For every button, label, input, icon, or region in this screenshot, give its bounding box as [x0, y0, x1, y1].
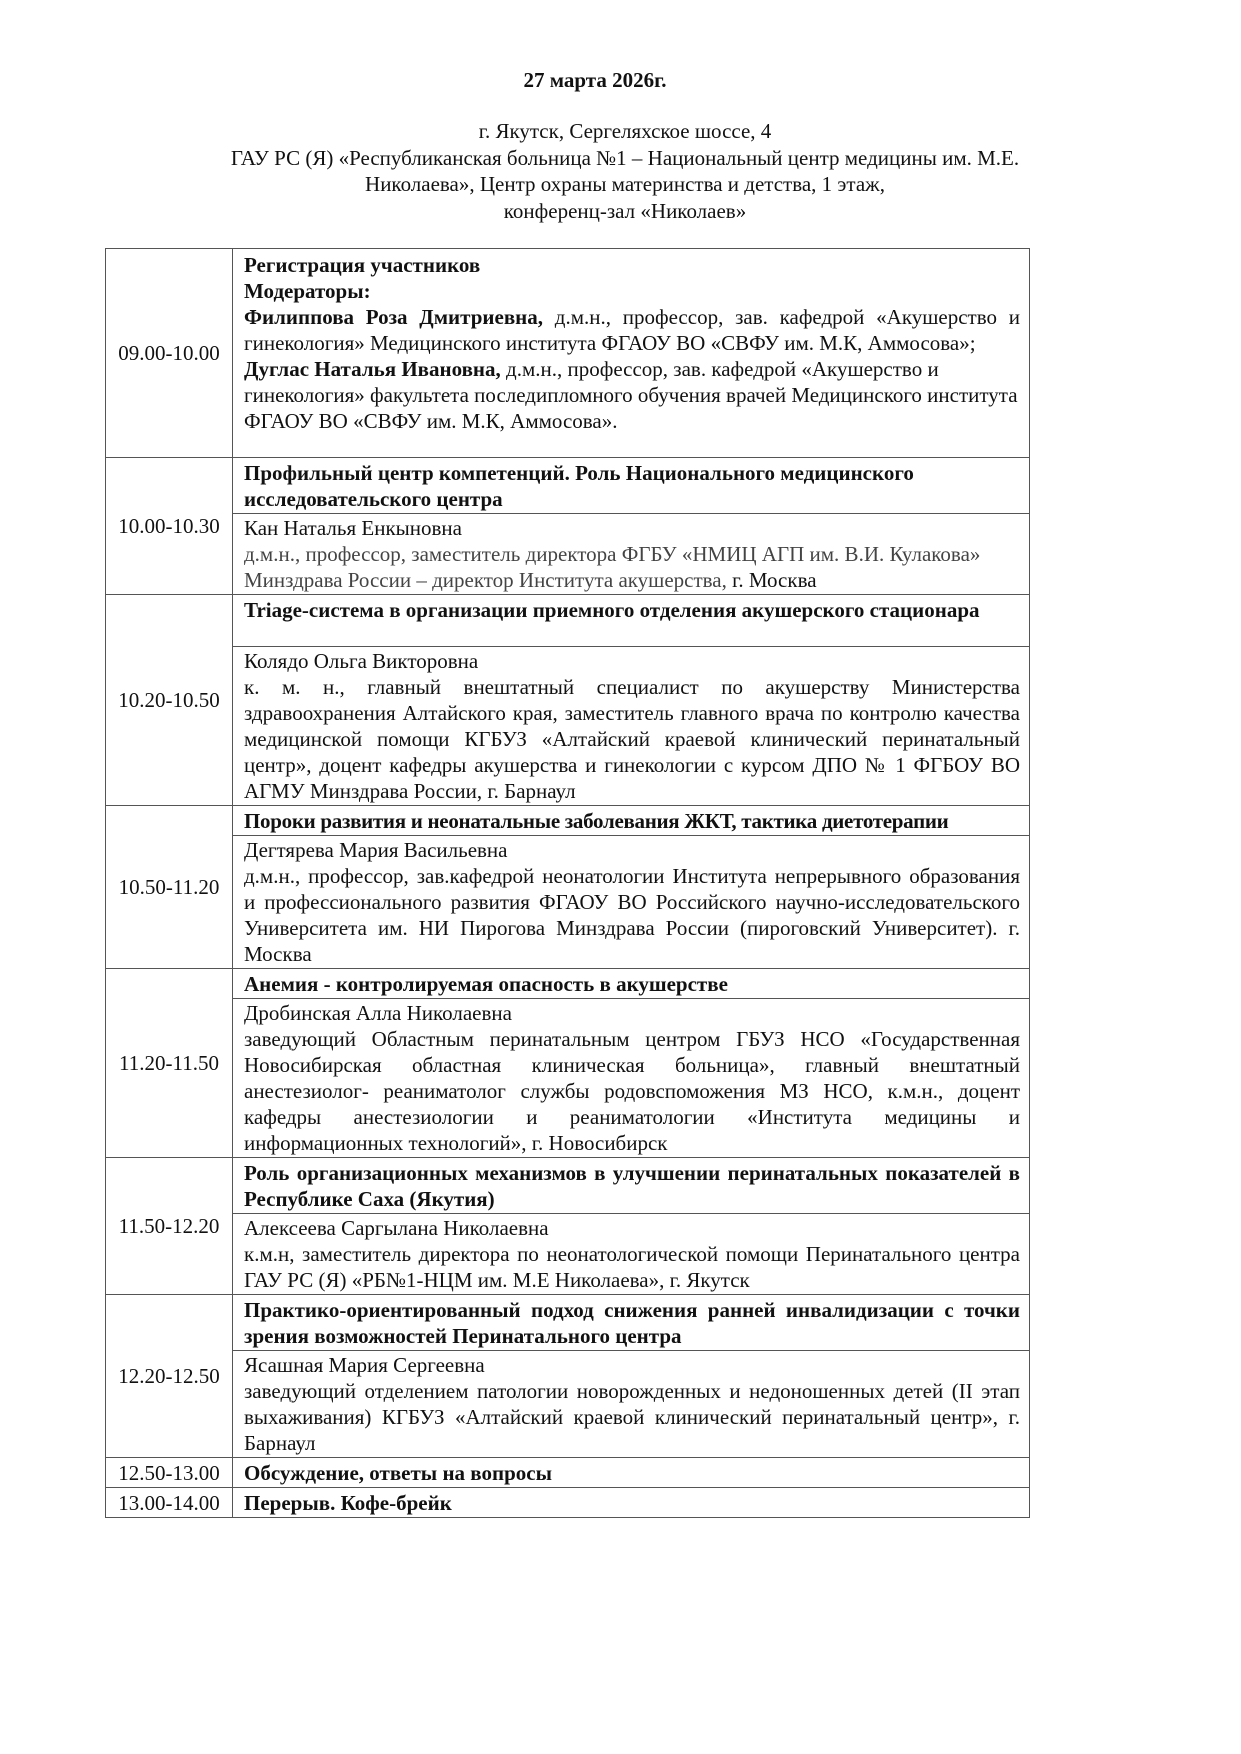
speaker-name: Алексеева Саргылана Николаевна [244, 1215, 1020, 1241]
time-slot: 12.50-13.00 [106, 1458, 233, 1488]
program-row: 09.00-10.00 Регистрация участников Модер… [106, 249, 1030, 458]
program-row-speaker: Ясашная Мария Сергеевна заведующий отдел… [106, 1351, 1030, 1458]
time-slot: 10.00-10.30 [106, 458, 233, 595]
venue-line: конференц-зал «Николаев» [150, 198, 1100, 225]
speaker-name: Кан Наталья Енкыновна [244, 515, 1020, 541]
program-row: 13.00-14.00 Перерыв. Кофе-брейк [106, 1488, 1030, 1518]
time-slot: 11.20-11.50 [106, 969, 233, 1158]
speaker-details: д.м.н., профессор, заместитель директора… [244, 541, 1020, 593]
program-row-speaker: Дегтярева Мария Васильевна д.м.н., профе… [106, 836, 1030, 969]
session-title: Практико-ориентированный подход снижения… [233, 1295, 1030, 1351]
speaker-details: к.м.н, заместитель директора по неонатол… [244, 1241, 1020, 1293]
moderator-name: Филиппова Роза Дмитриевна, [244, 305, 543, 329]
time-slot: 10.20-10.50 [106, 595, 233, 806]
speaker-cell: Дегтярева Мария Васильевна д.м.н., профе… [233, 836, 1030, 969]
venue-line: г. Якутск, Сергеляхское шоссе, 4 [150, 118, 1100, 145]
session-title: Обсуждение, ответы на вопросы [233, 1458, 1030, 1488]
session-title: Перерыв. Кофе-брейк [233, 1488, 1030, 1518]
session-title: Пороки развития и неонатальные заболеван… [233, 806, 1030, 836]
session-title: Профильный центр компетенций. Роль Нацио… [233, 458, 1030, 514]
event-date: 27 марта 2026г. [0, 68, 1190, 93]
session-cell: Регистрация участников Модераторы: Филип… [233, 249, 1030, 458]
time-slot: 11.50-12.20 [106, 1158, 233, 1295]
time-slot: 09.00-10.00 [106, 249, 233, 458]
speaker-details: к. м. н., главный внештатный специалист … [244, 674, 1020, 804]
speaker-cell: Дробинская Алла Николаевна заведующий Об… [233, 999, 1030, 1158]
venue-line: Николаева», Центр охраны материнства и д… [150, 171, 1100, 198]
registration-label: Регистрация участников [244, 252, 1020, 278]
venue-line: ГАУ РС (Я) «Республиканская больница №1 … [150, 145, 1100, 172]
program-row-speaker: Кан Наталья Енкыновна д.м.н., профессор,… [106, 514, 1030, 595]
time-slot: 10.50-11.20 [106, 806, 233, 969]
speaker-name: Дробинская Алла Николаевна [244, 1000, 1020, 1026]
speaker-name: Дегтярева Мария Васильевна [244, 837, 1020, 863]
moderator-name: Дуглас Наталья Ивановна, [244, 357, 501, 381]
program-row-speaker: Колядо Ольга Викторовна к. м. н., главны… [106, 647, 1030, 806]
program-row: 12.20-12.50 Практико-ориентированный под… [106, 1295, 1030, 1351]
session-title: Triage-система в организации приемного о… [233, 595, 1030, 647]
session-title: Роль организационных механизмов в улучше… [233, 1158, 1030, 1214]
program-row: 12.50-13.00 Обсуждение, ответы на вопрос… [106, 1458, 1030, 1488]
speaker-cell: Кан Наталья Енкыновна д.м.н., профессор,… [233, 514, 1030, 595]
time-slot: 13.00-14.00 [106, 1488, 233, 1518]
program-row-speaker: Дробинская Алла Николаевна заведующий Об… [106, 999, 1030, 1158]
program-row: 10.20-10.50 Triage-система в организации… [106, 595, 1030, 647]
program-row: 10.50-11.20 Пороки развития и неонатальн… [106, 806, 1030, 836]
program-row-speaker: Алексеева Саргылана Николаевна к.м.н, за… [106, 1214, 1030, 1295]
speaker-name: Колядо Ольга Викторовна [244, 648, 1020, 674]
moderator-entry: Дуглас Наталья Ивановна, д.м.н., професс… [244, 356, 1020, 434]
moderators-label: Модераторы: [244, 278, 1020, 304]
venue-address: г. Якутск, Сергеляхское шоссе, 4 ГАУ РС … [150, 118, 1100, 224]
speaker-cell: Ясашная Мария Сергеевна заведующий отдел… [233, 1351, 1030, 1458]
program-row: 10.00-10.30 Профильный центр компетенций… [106, 458, 1030, 514]
speaker-cell: Алексеева Саргылана Николаевна к.м.н, за… [233, 1214, 1030, 1295]
session-title: Анемия - контролируемая опасность в акуш… [233, 969, 1030, 999]
speaker-cell: Колядо Ольга Викторовна к. м. н., главны… [233, 647, 1030, 806]
moderator-entry: Филиппова Роза Дмитриевна, д.м.н., профе… [244, 304, 1020, 356]
speaker-details: д.м.н., профессор, зав.кафедрой неонатол… [244, 863, 1020, 967]
speaker-details: заведующий отделением патологии новорожд… [244, 1378, 1020, 1456]
speaker-name: Ясашная Мария Сергеевна [244, 1352, 1020, 1378]
program-row: 11.50-12.20 Роль организационных механиз… [106, 1158, 1030, 1214]
program-row: 11.20-11.50 Анемия - контролируемая опас… [106, 969, 1030, 999]
speaker-details: заведующий Областным перинатальным центр… [244, 1026, 1020, 1156]
time-slot: 12.20-12.50 [106, 1295, 233, 1458]
program-table: 09.00-10.00 Регистрация участников Модер… [105, 248, 1030, 1518]
